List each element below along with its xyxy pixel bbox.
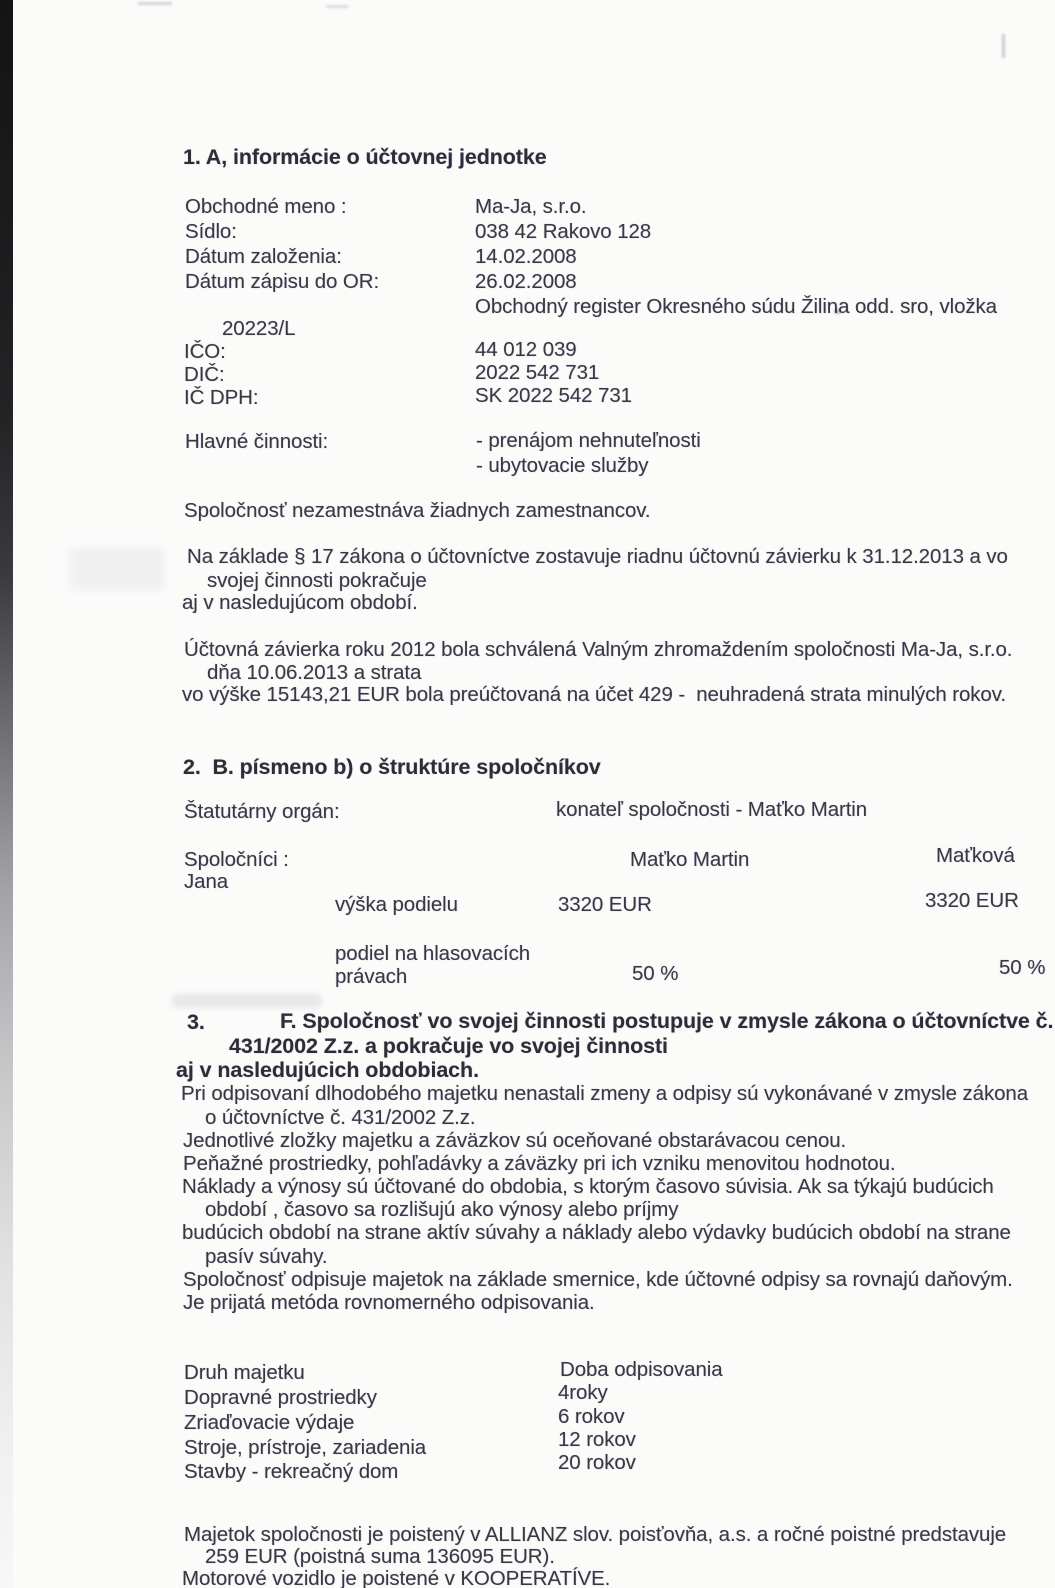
partner1-name: Maťko Martin bbox=[630, 849, 749, 872]
paragraph-penazne: Peňažné prostriedky, pohľadávky a záväzk… bbox=[183, 1153, 895, 1176]
paragraph-zavierka-line1: Na základe § 17 zákona o účtovníctve zos… bbox=[187, 546, 1008, 569]
section3-heading-line1: F. Spoločnosť vo svojej činnosti postupu… bbox=[280, 1010, 1053, 1034]
label-ic-dph: IČ DPH: bbox=[184, 387, 258, 410]
partner2-vyska: 3320 EUR bbox=[925, 890, 1019, 913]
value-sidlo: 038 42 Rakovo 128 bbox=[475, 221, 651, 244]
value-dic: 2022 542 731 bbox=[475, 362, 599, 385]
paragraph-poistenie-line2: 259 EUR (poistná suma 136095 EUR). bbox=[205, 1546, 555, 1569]
value-ic-dph: SK 2022 542 731 bbox=[475, 385, 632, 408]
table-row-majetok: Dopravné prostriedky bbox=[184, 1387, 377, 1410]
scan-smudge bbox=[70, 548, 165, 590]
table-row-majetok: Zriaďovacie výdaje bbox=[184, 1412, 354, 1435]
value-datum-zapisu: 26.02.2008 bbox=[475, 271, 577, 294]
value-datum-zalozenia: 14.02.2008 bbox=[475, 246, 577, 269]
value-ico: 44 012 039 bbox=[475, 339, 577, 362]
paragraph-schvalena-line1: Účtovná závierka roku 2012 bola schválen… bbox=[184, 639, 1012, 662]
table-row-doba: 20 rokov bbox=[558, 1452, 636, 1475]
value-vlozka: 20223/L bbox=[222, 318, 295, 341]
value-cinnost-2: - ubytovacie služby bbox=[476, 455, 648, 478]
scan-smudge bbox=[172, 994, 322, 1008]
paragraph-naklady-line1: Náklady a výnosy sú účtované do obdobia,… bbox=[182, 1176, 994, 1199]
paragraph-poistenie-line3: Motorové vozidlo je poistené v KOOPERATÍ… bbox=[182, 1568, 610, 1588]
section1-heading: 1. A, informácie o účtovnej jednotke bbox=[183, 146, 547, 170]
value-obchodne-meno: Ma-Ja, s.r.o. bbox=[475, 196, 586, 219]
label-hlavne-cinnosti: Hlavné činnosti: bbox=[185, 431, 328, 454]
label-vyska-podielu: výška podielu bbox=[335, 894, 458, 917]
paragraph-buducich-line1: budúcich období na strane aktív súvahy a… bbox=[182, 1222, 1011, 1245]
table-header-druh-majetku: Druh majetku bbox=[184, 1362, 305, 1385]
paragraph-metoda: Je prijatá metóda rovnomerného odpisovan… bbox=[183, 1292, 595, 1315]
table-row-doba: 6 rokov bbox=[558, 1406, 625, 1429]
value-cinnost-1: - prenájom nehnuteľnosti bbox=[476, 430, 701, 453]
table-row-doba: 4roky bbox=[558, 1382, 608, 1405]
partner2-podiel: 50 % bbox=[999, 957, 1045, 980]
label-dic: DIČ: bbox=[184, 364, 225, 387]
paragraph-buducich-line2: pasív súvahy. bbox=[205, 1246, 328, 1269]
paragraph-zamestnanci: Spoločnosť nezamestnáva žiadnych zamestn… bbox=[184, 500, 651, 523]
partner1-vyska: 3320 EUR bbox=[558, 894, 652, 917]
label-podiel-hlasovacich: podiel na hlasovacích bbox=[335, 943, 530, 966]
paragraph-odpisovanie-line1: Pri odpisovaní dlhodobého majetku nenast… bbox=[181, 1083, 1028, 1106]
partner2-name: Maťková bbox=[936, 845, 1015, 868]
table-header-doba-odpisovania: Doba odpisovania bbox=[560, 1359, 723, 1382]
table-row-doba: 12 rokov bbox=[558, 1429, 636, 1452]
label-spolocnici: Spoločníci : bbox=[184, 849, 289, 872]
paragraph-schvalena-line2: dňa 10.06.2013 a strata bbox=[207, 662, 421, 685]
paragraph-zavierka-line2: svojej činnosti pokračuje bbox=[207, 570, 427, 593]
paragraph-zavierka-line3: aj v nasledujúcom období. bbox=[182, 592, 418, 615]
scan-speck bbox=[326, 5, 348, 8]
label-datum-zapisu: Dátum zápisu do OR: bbox=[185, 271, 379, 294]
paragraph-naklady-line2: období , časovo sa rozlišujú ako výnosy … bbox=[205, 1199, 678, 1222]
table-row-majetok: Stavby - rekreačný dom bbox=[184, 1461, 398, 1484]
value-obchodny-register: Obchodný register Okresného súdu Žilina … bbox=[475, 296, 997, 319]
label-pravach: právach bbox=[335, 966, 407, 989]
label-ico: IČO: bbox=[184, 341, 226, 364]
scanned-document-page: 1. A, informácie o účtovnej jednotke Obc… bbox=[0, 0, 1055, 1588]
section3-heading-line2: 431/2002 Z.z. a pokračuje vo svojej činn… bbox=[229, 1035, 668, 1059]
label-spolocnici-jana: Jana bbox=[184, 871, 228, 894]
table-row-majetok: Stroje, prístroje, zariadenia bbox=[184, 1437, 426, 1460]
label-sidlo: Sídlo: bbox=[185, 221, 237, 244]
paragraph-schvalena-line3: vo výške 15143,21 EUR bola preúčtovaná n… bbox=[182, 684, 1006, 707]
partner1-podiel: 50 % bbox=[632, 963, 678, 986]
section3-number: 3. bbox=[187, 1011, 205, 1035]
scan-speck bbox=[1002, 34, 1005, 58]
section2-heading: 2. B. písmeno b) o štruktúre spoločníkov bbox=[183, 756, 601, 780]
paragraph-poistenie-line1: Majetok spoločnosti je poistený v ALLIAN… bbox=[184, 1524, 1006, 1547]
label-datum-zalozenia: Dátum založenia: bbox=[185, 246, 342, 269]
paragraph-smernica: Spoločnosť odpisuje majetok na základe s… bbox=[183, 1269, 1013, 1292]
section3-heading-line3: aj v nasledujúcich obdobiach. bbox=[176, 1059, 479, 1083]
value-statutarny-organ: konateľ spoločnosti - Maťko Martin bbox=[556, 799, 867, 822]
label-statutarny-organ: Štatutárny orgán: bbox=[184, 801, 340, 824]
scan-speck bbox=[138, 2, 172, 5]
paragraph-odpisovanie-line2: o účtovníctve č. 431/2002 Z.z. bbox=[205, 1107, 476, 1130]
paragraph-zlozky: Jednotlivé zložky majetku a záväzkov sú … bbox=[183, 1130, 846, 1153]
scan-binding-edge bbox=[0, 0, 13, 1588]
label-obchodne-meno: Obchodné meno : bbox=[185, 196, 346, 219]
